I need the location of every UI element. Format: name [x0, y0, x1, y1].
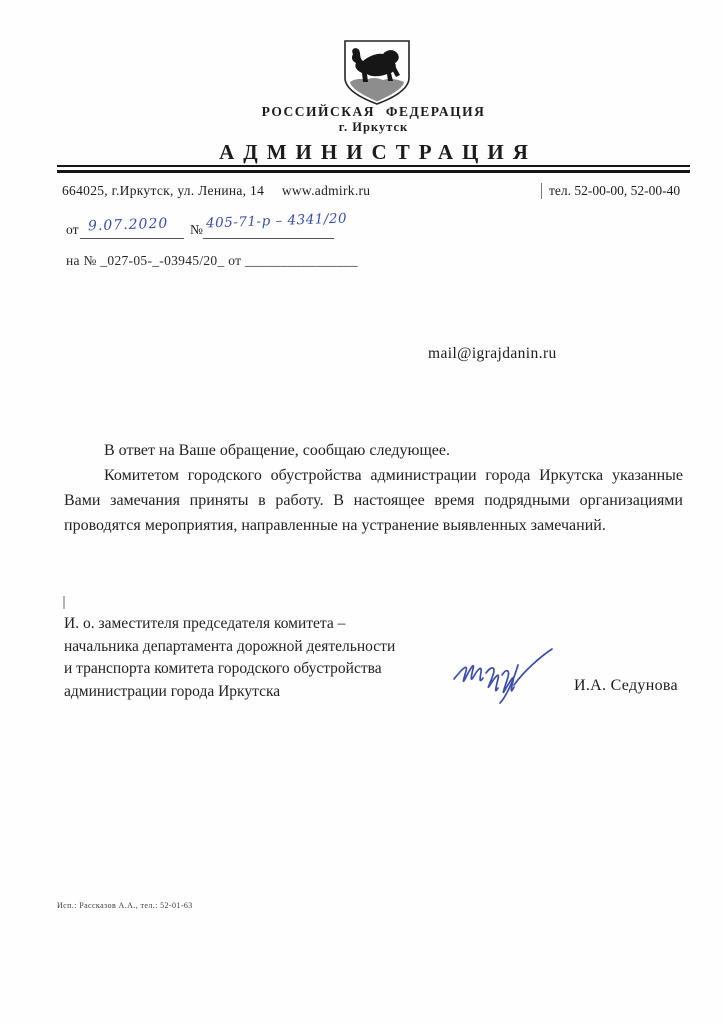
header-rule-bottom — [57, 170, 690, 173]
letterhead-country: РОССИЙСКАЯ ФЕДЕРАЦИЯ — [57, 104, 690, 120]
header-rule-top — [57, 165, 690, 167]
signer-title-block: И. о. заместителя председателя комитета … — [64, 613, 395, 703]
number-underline — [203, 238, 334, 239]
executor-info: Исп.: Рассказов А.А., тел.: 52-01-63 — [57, 901, 193, 910]
number-label: № — [190, 222, 203, 238]
body-paragraph-2: Комитетом городского обустройства админи… — [64, 463, 683, 538]
reply-to-number-line: на № _027-05-_-03945/20_ от ____________… — [66, 253, 358, 269]
body-paragraph-1: В ответ на Ваше обращение, сообщаю следу… — [64, 438, 683, 463]
letterhead-phone: тел. 52-00-00, 52-00-40 — [541, 183, 680, 199]
handwritten-signature-icon — [448, 645, 568, 707]
letterhead-city: г. Иркутск — [57, 120, 690, 135]
signer-title-line-3: и транспорта комитета городского обустро… — [64, 658, 395, 681]
from-date-label: от — [66, 222, 78, 238]
letter-body: В ответ на Ваше обращение, сообщаю следу… — [64, 438, 683, 538]
signer-title-line-1: И. о. заместителя председателя комитета … — [64, 613, 395, 636]
handwritten-number: 405-71-р – 4341/20 — [206, 211, 348, 232]
date-underline — [80, 238, 184, 239]
signer-name: И.А. Седунова — [574, 677, 678, 695]
recipient-email: mail@igrajdanin.ru — [428, 345, 557, 363]
signer-title-line-2: начальника департамента дорожной деятель… — [64, 636, 395, 659]
website-text: www.admirk.ru — [282, 183, 371, 198]
scanned-letter-page: РОССИЙСКАЯ ФЕДЕРАЦИЯ г. Иркутск АДМИНИСТ… — [0, 0, 723, 1024]
letterhead-address: 664025, г.Иркутск, ул. Ленина, 14 www.ad… — [62, 183, 370, 199]
signer-title-line-4: администрации города Иркутска — [64, 681, 395, 704]
scan-artifact-mark — [63, 596, 65, 609]
address-text: 664025, г.Иркутск, ул. Ленина, 14 — [62, 183, 264, 198]
handwritten-date: 9.07.2020 — [88, 216, 169, 235]
irkutsk-coat-of-arms-icon — [340, 40, 414, 106]
letterhead-organization-title: АДМИНИСТРАЦИЯ — [57, 140, 690, 165]
